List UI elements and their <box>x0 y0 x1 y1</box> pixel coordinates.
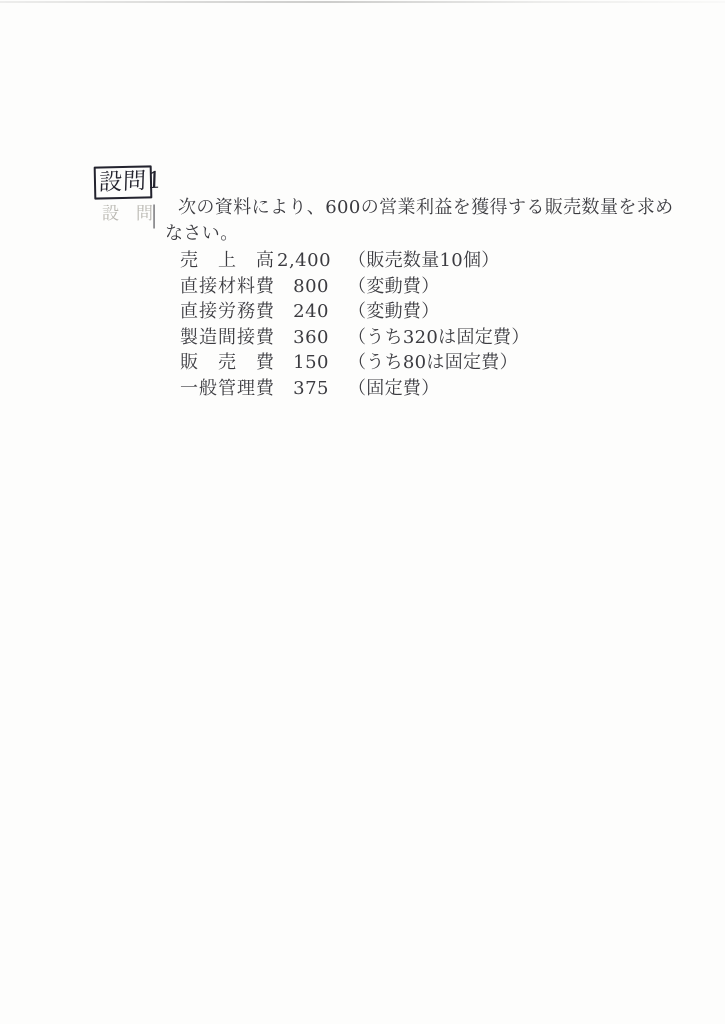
cost-item-note: （固定費） <box>348 376 440 402</box>
problem-statement-line2: なさい。 <box>165 221 635 247</box>
table-row-manufacturing-overhead: 製造間接費 360 （うち320は固定費） <box>180 325 530 351</box>
cost-item-label: 売 上 高 <box>180 248 277 274</box>
erased-box-edge-mark: | <box>152 202 157 229</box>
cost-item-note: （変動費） <box>348 299 440 325</box>
cost-item-note: （うち320は固定費） <box>348 325 530 351</box>
cost-item-value: 150 <box>277 350 329 376</box>
cost-data-table: 売 上 高 2,400 （販売数量10個） 直接材料費 800 （変動費） 直接… <box>180 248 530 401</box>
problem-statement-line1: 次の資料により、600の営業利益を獲得する販売数量を求め <box>165 195 635 221</box>
cost-item-value: 240 <box>277 299 329 325</box>
cost-item-label: 直接労務費 <box>180 299 277 325</box>
table-row-general-admin: 一般管理費 375 （固定費） <box>180 376 530 402</box>
cost-item-note: （変動費） <box>348 274 440 300</box>
scanner-edge-artifact <box>0 1 725 3</box>
cost-item-value: 360 <box>277 325 329 351</box>
cost-item-label: 販 売 費 <box>180 350 277 376</box>
table-row-selling-expenses: 販 売 費 150 （うち80は固定費） <box>180 350 530 376</box>
cost-item-label: 製造間接費 <box>180 325 277 351</box>
table-row-direct-materials: 直接材料費 800 （変動費） <box>180 274 530 300</box>
cost-item-value: 800 <box>277 274 329 300</box>
cost-item-value: 375 <box>277 376 329 402</box>
erased-printed-label: 設 問 <box>102 203 153 225</box>
cost-item-value: 2,400 <box>277 248 329 274</box>
question-number-label: 設問1 <box>99 170 163 195</box>
cost-item-note: （うち80は固定費） <box>348 350 518 376</box>
cost-item-note: （販売数量10個） <box>348 248 500 274</box>
table-row-direct-labor: 直接労務費 240 （変動費） <box>180 299 530 325</box>
scanned-exam-page: 設問1 設 問 | 次の資料により、600の営業利益を獲得する販売数量を求め な… <box>0 0 725 1024</box>
problem-statement: 次の資料により、600の営業利益を獲得する販売数量を求め なさい。 <box>165 195 635 247</box>
cost-item-label: 直接材料費 <box>180 274 277 300</box>
cost-item-label: 一般管理費 <box>180 376 277 402</box>
table-row-sales: 売 上 高 2,400 （販売数量10個） <box>180 248 530 274</box>
handwritten-question-box: 設問1 <box>94 165 153 199</box>
